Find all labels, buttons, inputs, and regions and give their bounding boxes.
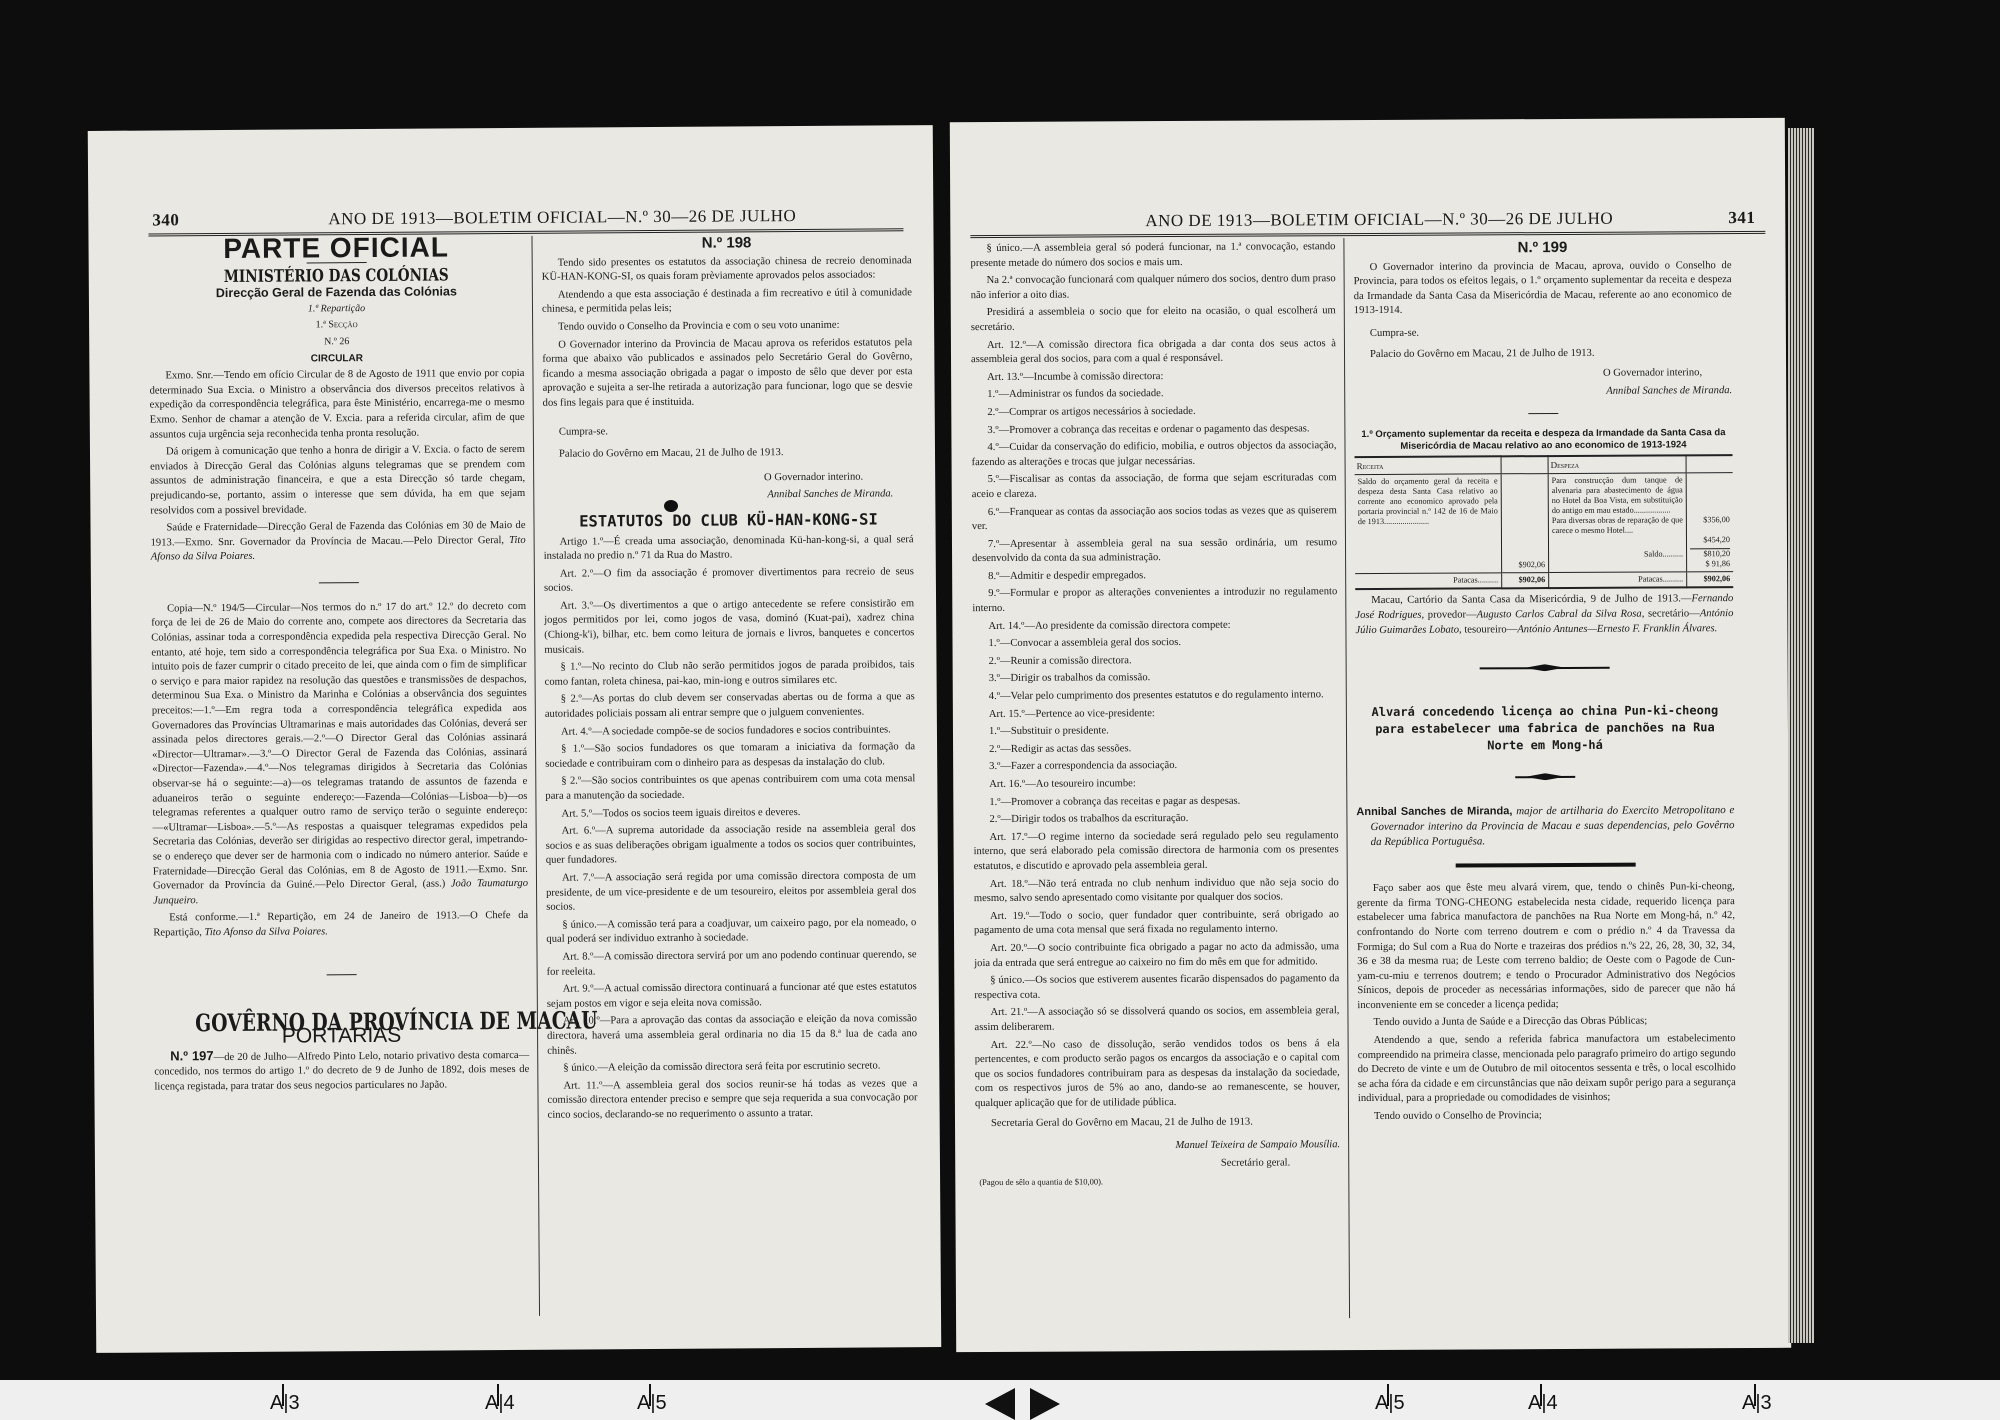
governor-title: O Governador interino. [543,470,913,487]
despeza-items: Para construcção dum tanque de alvenaria… [1548,473,1687,573]
governor-title: O Governador interino, [1354,366,1732,383]
article: 9.º—Formular e propor as alterações conv… [972,586,1337,617]
divider [326,974,356,975]
paragraph: Está conforme.—1.ª Repartição, em 24 de … [153,909,528,941]
seccao-label: 1.ª Secção [149,317,524,334]
palacio-date: Palacio do Govêrno em Macau, 21 de Julho… [1354,346,1732,363]
article: Na 2.ª convocação funcionará com qualque… [971,272,1336,303]
ministerio-heading: MINISTÉRIO DAS COLÓNIAS [186,268,486,285]
article: Art. 17.º—O regime interno da sociedade … [973,829,1338,875]
secretary-title: Secretário geral. [975,1156,1340,1173]
cumpra-se: Cumpra-se. [543,423,913,440]
receita-item: Saldo do orçamento geral da receita e de… [1355,474,1502,574]
direccao-heading: Direcção Geral de Fazenda das Colónias [149,284,524,301]
paragraph: Exmo. Snr.—Tendo em ofício Circular de 8… [149,367,525,443]
article: Artigo 1.º—É creada uma associação, deno… [544,533,914,565]
budget-table: Receita Despeza Saldo do orçamento geral… [1355,454,1734,590]
article: Art. 11.º—A assembleia geral dos socios … [547,1077,917,1123]
paragraph: Tendo sido presentes os estatutos da ass… [542,254,912,286]
signature: Tito Afonso da Silva Poiares. [204,926,327,938]
article: 1.º—Administrar os fundos da sociedade. [971,387,1336,404]
article: 4.º—Velar pelo cumprimento dos presentes… [973,688,1338,705]
page-number-341: 341 [1728,208,1755,228]
annibal-paragraph: Annibal Sanches de Miranda, major de art… [1356,803,1734,850]
article: Art. 3.º—Os divertimentos a que o artigo… [544,597,914,658]
budget-title: 1.º Orçamento suplementar da receita e d… [1354,427,1732,453]
article: § único.—Os socios que estiverem ausente… [974,972,1339,1003]
article: Art. 19.º—Todo o socio, quer fundador qu… [974,908,1339,939]
ornament-divider [1515,774,1575,780]
page-stack-edge [1788,128,1814,1343]
receita-header: Receita [1355,457,1502,475]
article: 7.º—Apresentar à assembleia geral na sua… [972,536,1337,567]
running-header-right: ANO DE 1913—BOLETIM OFICIAL—N.º 30—26 DE… [950,208,1785,234]
paragraph: Atendendo a que esta associação é destin… [542,286,912,318]
estatutos-heading: ESTATUTOS DO CLUB KÜ-HAN-KONG-SI [543,512,913,529]
film-mark: A|4 [485,1392,515,1415]
article: Presidirá a assembleia o socio que for e… [971,305,1336,336]
governor-signature: Annibal Sanches de Miranda. [543,488,913,505]
article: Art. 6.º—A suprema autoridade da associa… [546,822,916,868]
patacas-label: Patacas.......... [1549,572,1687,588]
article: § 1.º—No recinto do Club não serão permi… [544,658,914,690]
alvara-heading: Alvará concedendo licença ao china Pun-k… [1356,702,1734,755]
film-mark: A|4 [1528,1392,1558,1415]
stamp-duty-note: (Pagou de sêlo a quantia de $10,00). [975,1173,1340,1190]
portaria-number: N.º 197 [170,1048,214,1063]
right-column-2: N.º 199 O Governador interino da provinc… [1353,238,1736,1128]
article: Art. 7.º—A associação será regida por um… [546,869,916,915]
film-mark: A|3 [270,1392,300,1415]
paragraph: Tendo ouvido o Conselho da Provincia e c… [542,318,912,335]
article: 3.º—Promover a cobrança das receitas e o… [971,422,1336,439]
article: Art. 2.º—O fim da associação é promover … [544,565,914,597]
portaria-198-heading: N.º 198 [542,235,912,252]
film-mark: A|5 [1375,1392,1405,1415]
divider [1528,413,1558,414]
despeza-header: Despeza [1548,456,1686,474]
circular-label: CIRCULAR [149,350,524,367]
cartorio-paragraph: Macau, Cartório da Santa Casa da Miseric… [1355,592,1733,638]
running-title-left: ANO DE 1913—BOLETIM OFICIAL—N.º 30—26 DE… [328,206,796,229]
paragraph: O Governador interino da Provincia de Ma… [542,336,913,412]
despeza-item: Para diversas obras de reparação de que … [1552,516,1683,537]
arrow-left-icon [985,1388,1015,1420]
article: § 1.º—São socios fundadores os que tomar… [545,740,915,772]
article: Art. 8.º—A comissão directora servirá po… [546,948,916,980]
reparticao-label: 1.ª Repartição [149,301,524,318]
article: § 2.º—As portas do club devem ser conser… [545,691,915,723]
secretary-signature: Manuel Teixeira de Sampaio Mousília. [975,1138,1340,1155]
ink-blot [664,500,678,512]
article: Art. 22.º—No caso de dissolução, serão v… [975,1037,1340,1112]
article: 8.º—Admitir e despedir empregados. [972,568,1337,585]
article: 2.º—Reunir a comissão directora. [973,653,1338,670]
paragraph: Copia—N.º 194/5—Circular—Nos termos do n… [151,600,528,909]
thick-divider [1456,863,1636,868]
column-divider [531,236,540,1316]
arrow-right-icon [1030,1388,1060,1420]
film-mark: A|5 [637,1392,667,1415]
portaria-199-heading: N.º 199 [1353,240,1731,257]
film-mark: A|3 [1742,1392,1772,1415]
article: Art. 4.º—A sociedade compõe-se de socios… [545,723,915,740]
article: 1.º—Convocar a assembleia geral dos soci… [972,635,1337,652]
patacas-label: Patacas.......... [1355,573,1502,589]
left-column-2: N.º 198 Tendo sido presentes os estatuto… [541,233,917,1126]
page-number-340: 340 [152,210,179,230]
governo-heading: GOVÊRNO DA PROVÍNCIA DE MACAU [195,1014,488,1031]
article: § único.—A comissão terá para a coadjuva… [546,916,916,948]
article: 3.º—Dirigir os trabalhos da comissão. [973,671,1338,688]
article: Art. 20.º—O socio contribuinte fica obri… [974,940,1339,971]
paragraph: Saúde e Fraternidade—Direcção Geral de F… [150,519,525,565]
article: Art. 10.º—Para a aprovação das contas da… [547,1013,917,1059]
despeza-item: Para construcção dum tanque de alvenaria… [1552,476,1683,517]
parte-oficial-heading: PARTE OFICIAL [149,240,524,257]
article: Art. 13.º—Incumbe à comissão directora: [971,369,1336,386]
paragraph: Faço saber aos que êste meu alvará virem… [1357,880,1736,1013]
article: 4.º—Cuidar da conservação do edificio, m… [971,439,1336,470]
article: § único.—A assembleia geral só poderá fu… [970,240,1335,271]
column-divider [1343,238,1350,1318]
despeza-amounts: $356,00 $454,20 $810,20 $ 91,86 [1686,473,1733,572]
paragraph: Dá origem à comunicação que tenho a honr… [150,443,526,519]
divider [318,582,358,583]
receita-total: $902,06 [1502,573,1549,589]
article: Art. 9.º—A actual comissão directora con… [547,980,917,1012]
article: 2.º—Redigir as actas das sessões. [973,741,1338,758]
right-page: ANO DE 1913—BOLETIM OFICIAL—N.º 30—26 DE… [950,118,1791,1352]
palacio-date: Palacio do Govêrno em Macau, 21 de Julho… [543,445,913,462]
article: Art. 16.º—Ao tesoureiro incumbe: [973,776,1338,793]
article: Art. 5.º—Todos os socios teem iguais dir… [545,805,915,822]
article: 5.º—Fiscalisar as contas da associação, … [972,471,1337,502]
article: Art. 15.º—Pertence ao vice-presidente: [973,706,1338,723]
paragraph: N.º 197—de 20 de Julho—Alfredo Pinto Lel… [154,1047,529,1095]
article: 2.º—Comprar os artigos necessários à soc… [971,404,1336,421]
article: 1.º—Promover a cobrança das receitas e p… [973,794,1338,811]
running-title-right: ANO DE 1913—BOLETIM OFICIAL—N.º 30—26 DE… [1145,209,1613,231]
article: Art. 12.º—A comissão directora fica obri… [971,337,1336,368]
receita-amount: $902,06 [1501,474,1549,573]
article: Art. 21.º—A associação só se dissolverá … [974,1004,1339,1035]
article: § único.—A eleição da comissão directora… [547,1059,917,1076]
article: 1.º—Substituir o presidente. [973,723,1338,740]
article: Art. 18.º—Não terá entrada no club nenhu… [974,876,1339,907]
paragraph: Atendendo a que, sendo a referida fabric… [1358,1032,1736,1107]
article: § 2.º—São socios contribuintes os que ap… [545,773,915,805]
article: Art. 14.º—Ao presidente da comissão dire… [972,618,1337,635]
secretaria-date: Secretaria Geral do Govêrno em Macau, 21… [975,1116,1340,1133]
left-page: 340 ANO DE 1913—BOLETIM OFICIAL—N.º 30—2… [88,125,942,1353]
despeza-total: $902,06 [1687,572,1734,588]
article: 6.º—Franquear as contas da associação ao… [972,504,1337,535]
article: 2.º—Dirigir todos os trabalhos da escrit… [973,811,1338,828]
left-column-1: PARTE OFICIAL MINISTÉRIO DAS COLÓNIAS Di… [148,236,529,1098]
paragraph: O Governador interino da provincia de Ma… [1354,259,1732,319]
governor-signature: Annibal Sanches de Miranda. [1354,384,1732,401]
circular-number: N.º 26 [149,334,524,351]
cumpra-se: Cumpra-se. [1354,325,1732,342]
saldo-label: Saldo.......... [1552,550,1683,561]
paragraph: Tendo ouvido a Junta de Saúde e a Direcç… [1357,1015,1735,1032]
article: 3.º—Fazer a correspondencia da associaçã… [973,759,1338,776]
ornament-divider [1480,665,1610,672]
paragraph: Tendo ouvido o Conselho de Provincia; [1358,1108,1736,1125]
right-column-1: § único.—A assembleia geral só poderá fu… [970,240,1340,1193]
